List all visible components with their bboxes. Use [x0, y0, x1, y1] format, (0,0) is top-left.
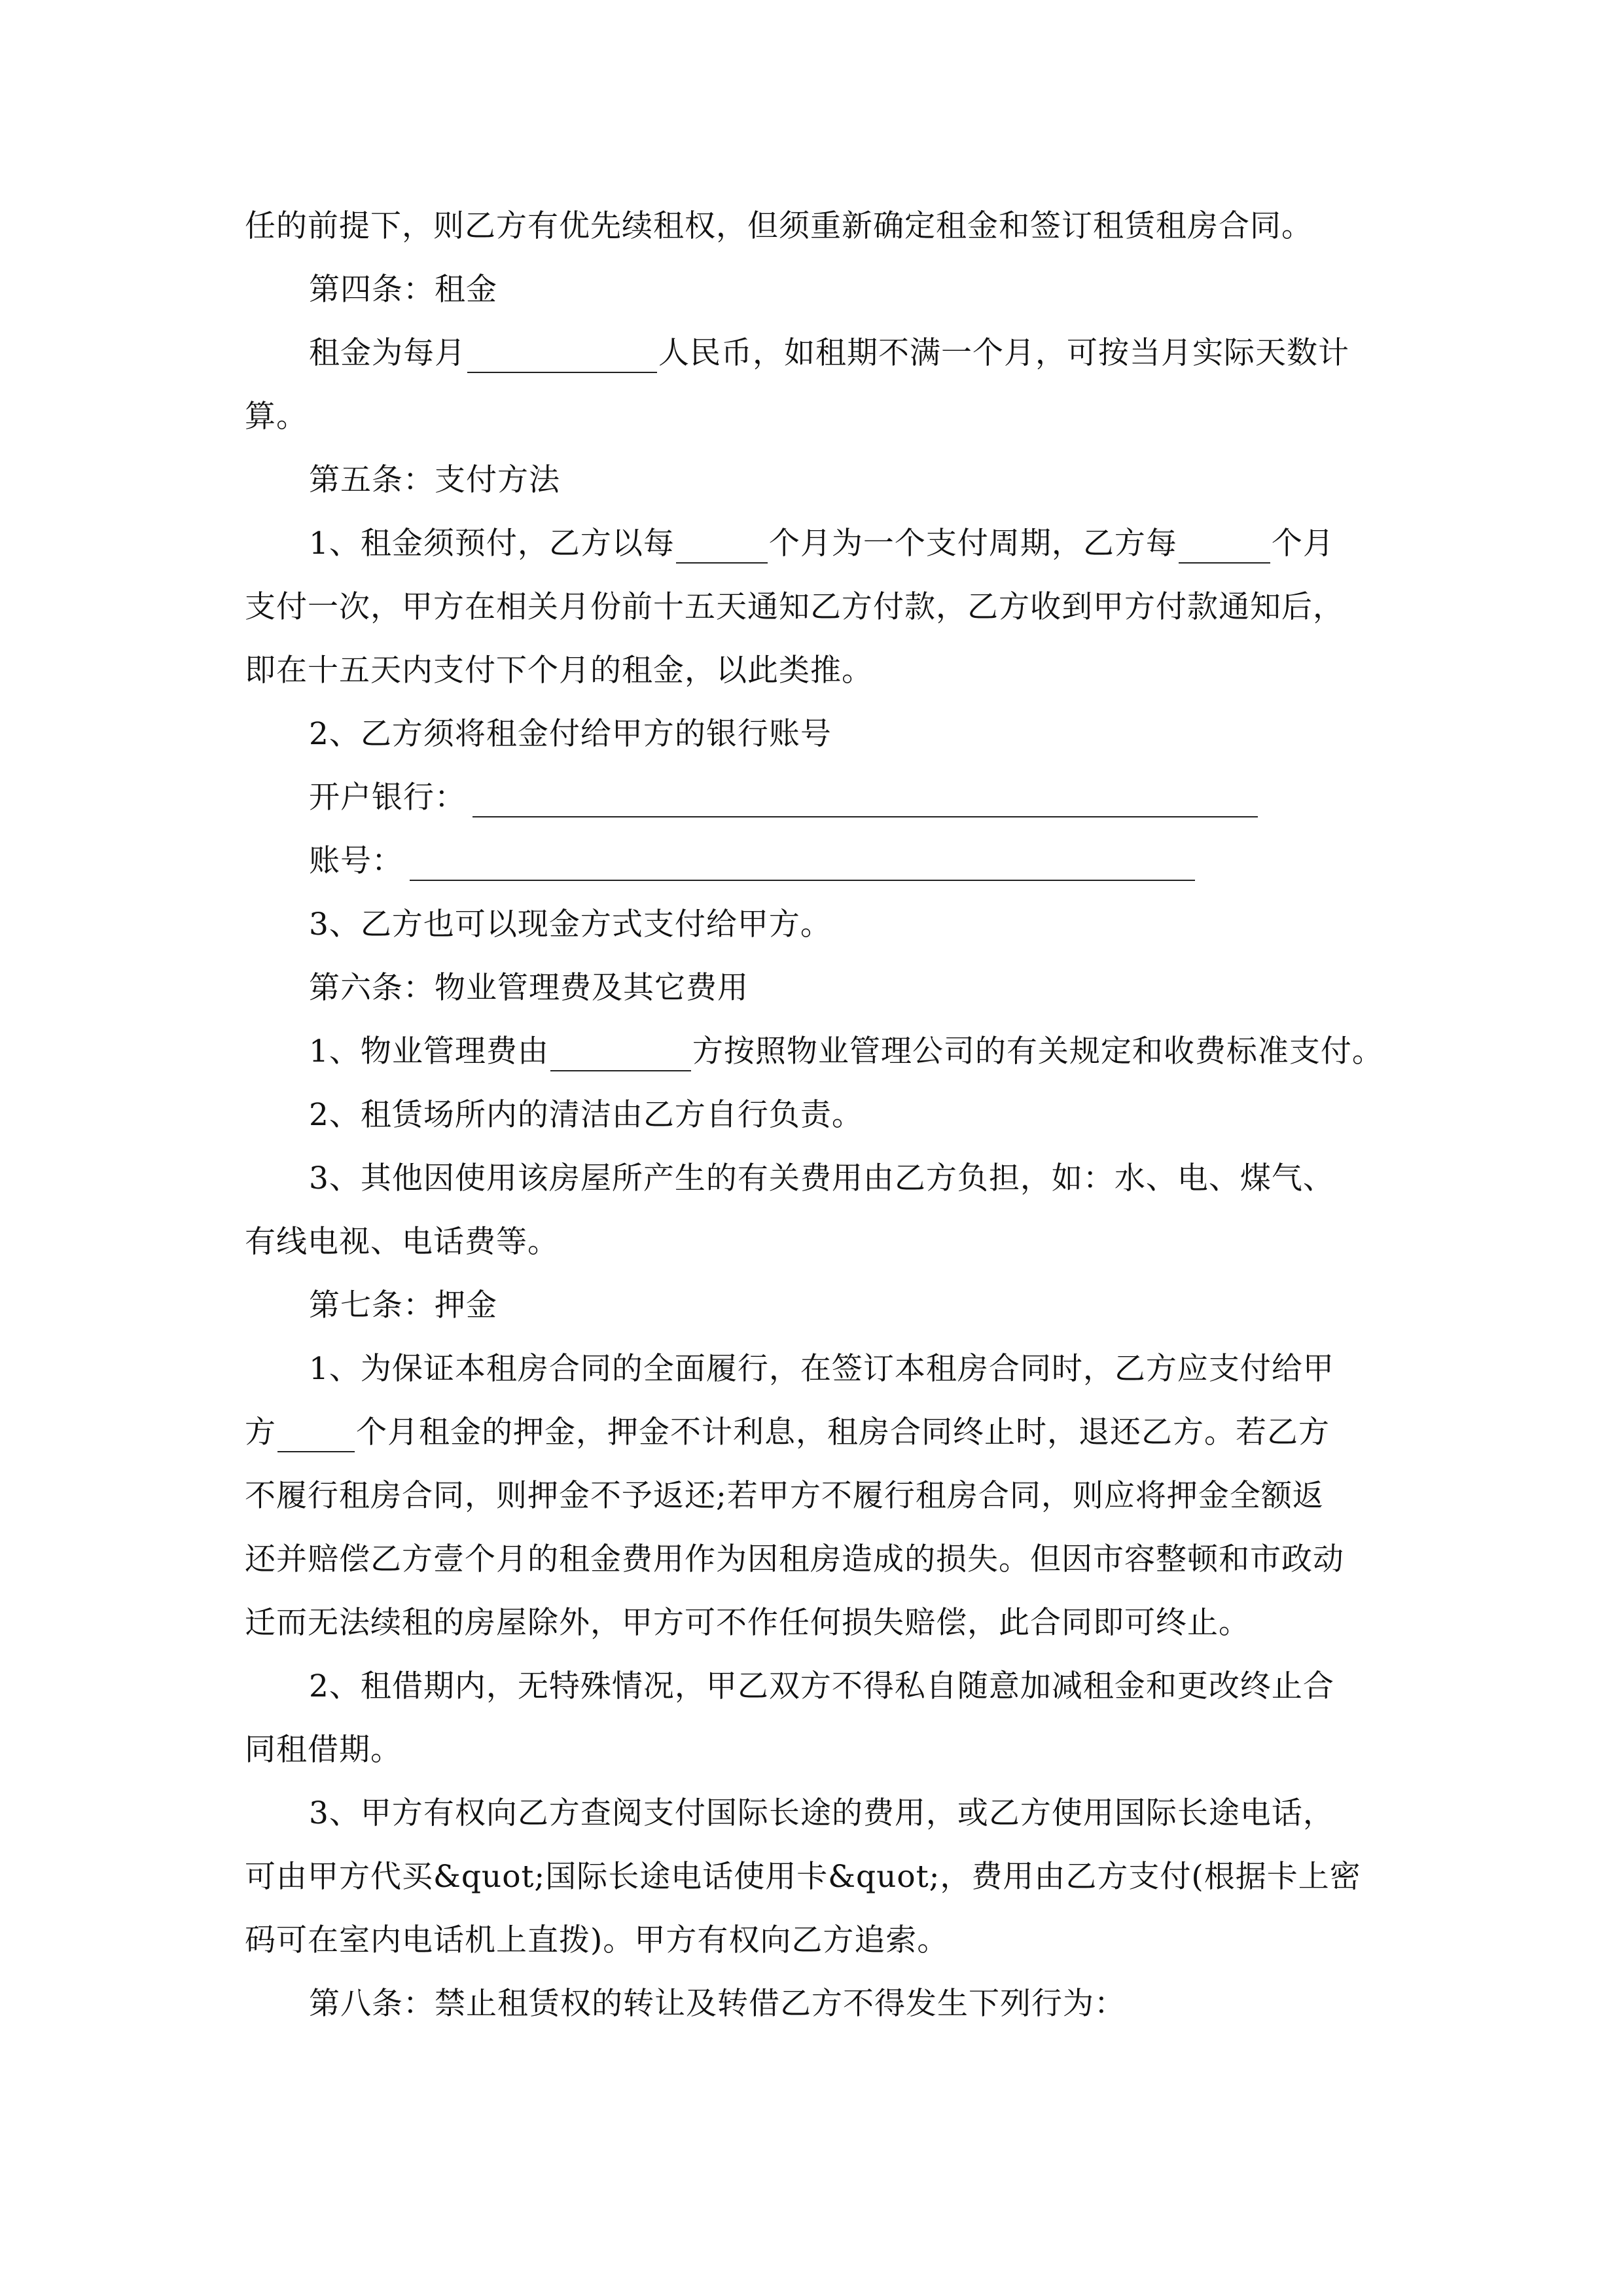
paragraph-line: 迁而无法续租的房屋除外，甲方可不作任何损失赔偿，此合同即可终止。 [245, 1604, 1250, 1643]
paragraph-line: 3、甲方有权向乙方查阅支付国际长途的费用，或乙方使用国际长途电话， [309, 1794, 1334, 1833]
bank-name-line: 开户银行： [309, 778, 1259, 817]
payment-cycle-line: 1、租金须预付，乙方以每个月为一个支付周期，乙方每个月 [309, 524, 1334, 564]
paragraph-line: 1、为保证本租房合同的全面履行，在签订本租房合同时，乙方应支付给甲 [309, 1350, 1334, 1389]
line-text: 个月 [1272, 526, 1334, 562]
paragraph-line: 3、乙方也可以现金方式支付给甲方。 [309, 905, 832, 944]
paragraph-line: 2、租赁场所内的清洁由乙方自行负责。 [309, 1096, 863, 1135]
rent-amount-blank [467, 343, 657, 373]
article-heading-8: 第八条：禁止租赁权的转让及转借乙方不得发生下列行为： [309, 1984, 1126, 2024]
account-number-line: 账号： [309, 842, 1196, 881]
property-fee-line: 1、物业管理费由方按照物业管理公司的有关规定和收费标准支付。 [309, 1032, 1383, 1071]
deposit-months-blank [277, 1422, 355, 1452]
rent-amount-line: 租金为每月人民币，如租期不满一个月，可按当月实际天数计 [309, 334, 1349, 373]
paragraph-line: 算。 [245, 397, 308, 437]
line-text: 1、物业管理费由 [309, 1033, 549, 1069]
payment-cycle-blank [676, 533, 768, 564]
line-text: 个月为一个支付周期，乙方每 [769, 526, 1177, 562]
paragraph-line: 3、其他因使用该房屋所产生的有关费用由乙方负担，如：水、电、煤气、 [309, 1159, 1334, 1198]
paragraph-line: 任的前提下，则乙方有优先续租权，但须重新确定租金和签订租赁租房合同。 [245, 207, 1313, 246]
paragraph-line: 同租借期。 [245, 1731, 402, 1770]
line-text: 方按照物业管理公司的有关规定和收费标准支付。 [692, 1033, 1383, 1069]
line-text: 人民币，如租期不满一个月，可按当月实际天数计 [658, 335, 1349, 371]
property-fee-party-blank [550, 1041, 691, 1071]
account-number-label: 账号： [309, 843, 403, 879]
paragraph-line: 可由甲方代买&quot;国际长途电话使用卡&quot;，费用由乙方支付(根据卡上… [245, 1857, 1361, 1897]
bank-name-label: 开户银行： [309, 780, 466, 816]
paragraph-line: 2、乙方须将租金付给甲方的银行账号 [309, 715, 832, 754]
paragraph-line: 有线电视、电话费等。 [245, 1223, 559, 1262]
paragraph-line: 支付一次，甲方在相关月份前十五天通知乙方付款，乙方收到甲方付款通知后， [245, 588, 1344, 627]
document-page: 任的前提下，则乙方有优先续租权，但须重新确定租金和签订租赁租房合同。 第四条：租… [0, 0, 1623, 2296]
article-heading-5: 第五条：支付方法 [309, 461, 560, 500]
line-text: 租金为每月 [309, 335, 466, 371]
paragraph-line: 即在十五天内支付下个月的租金，以此类推。 [245, 651, 873, 691]
line-text: 方 [245, 1414, 276, 1450]
paragraph-line: 不履行租房合同，则押金不予返还;若甲方不履行租房合同，则应将押金全额返 [245, 1477, 1324, 1516]
line-text: 1、租金须预付，乙方以每 [309, 526, 675, 562]
paragraph-line: 2、租借期内，无特殊情况，甲乙双方不得私自随意加减租金和更改终止合 [309, 1667, 1334, 1706]
article-heading-7: 第七条：押金 [309, 1286, 497, 1325]
deposit-months-line: 方个月租金的押金，押金不计利息，租房合同终止时，退还乙方。若乙方 [245, 1413, 1330, 1452]
paragraph-line: 还并赔偿乙方壹个月的租金费用作为因租房造成的损失。但因市容整顿和市政动 [245, 1540, 1344, 1579]
article-heading-4: 第四条：租金 [309, 270, 497, 310]
paragraph-line: 码可在室内电话机上直拨)。甲方有权向乙方追索。 [245, 1921, 948, 1960]
account-number-blank [410, 851, 1195, 881]
bank-name-blank [473, 787, 1258, 817]
line-text: 个月租金的押金，押金不计利息，租房合同终止时，退还乙方。若乙方 [356, 1414, 1330, 1450]
article-heading-6: 第六条：物业管理费及其它费用 [309, 969, 749, 1008]
payment-frequency-blank [1179, 533, 1270, 564]
